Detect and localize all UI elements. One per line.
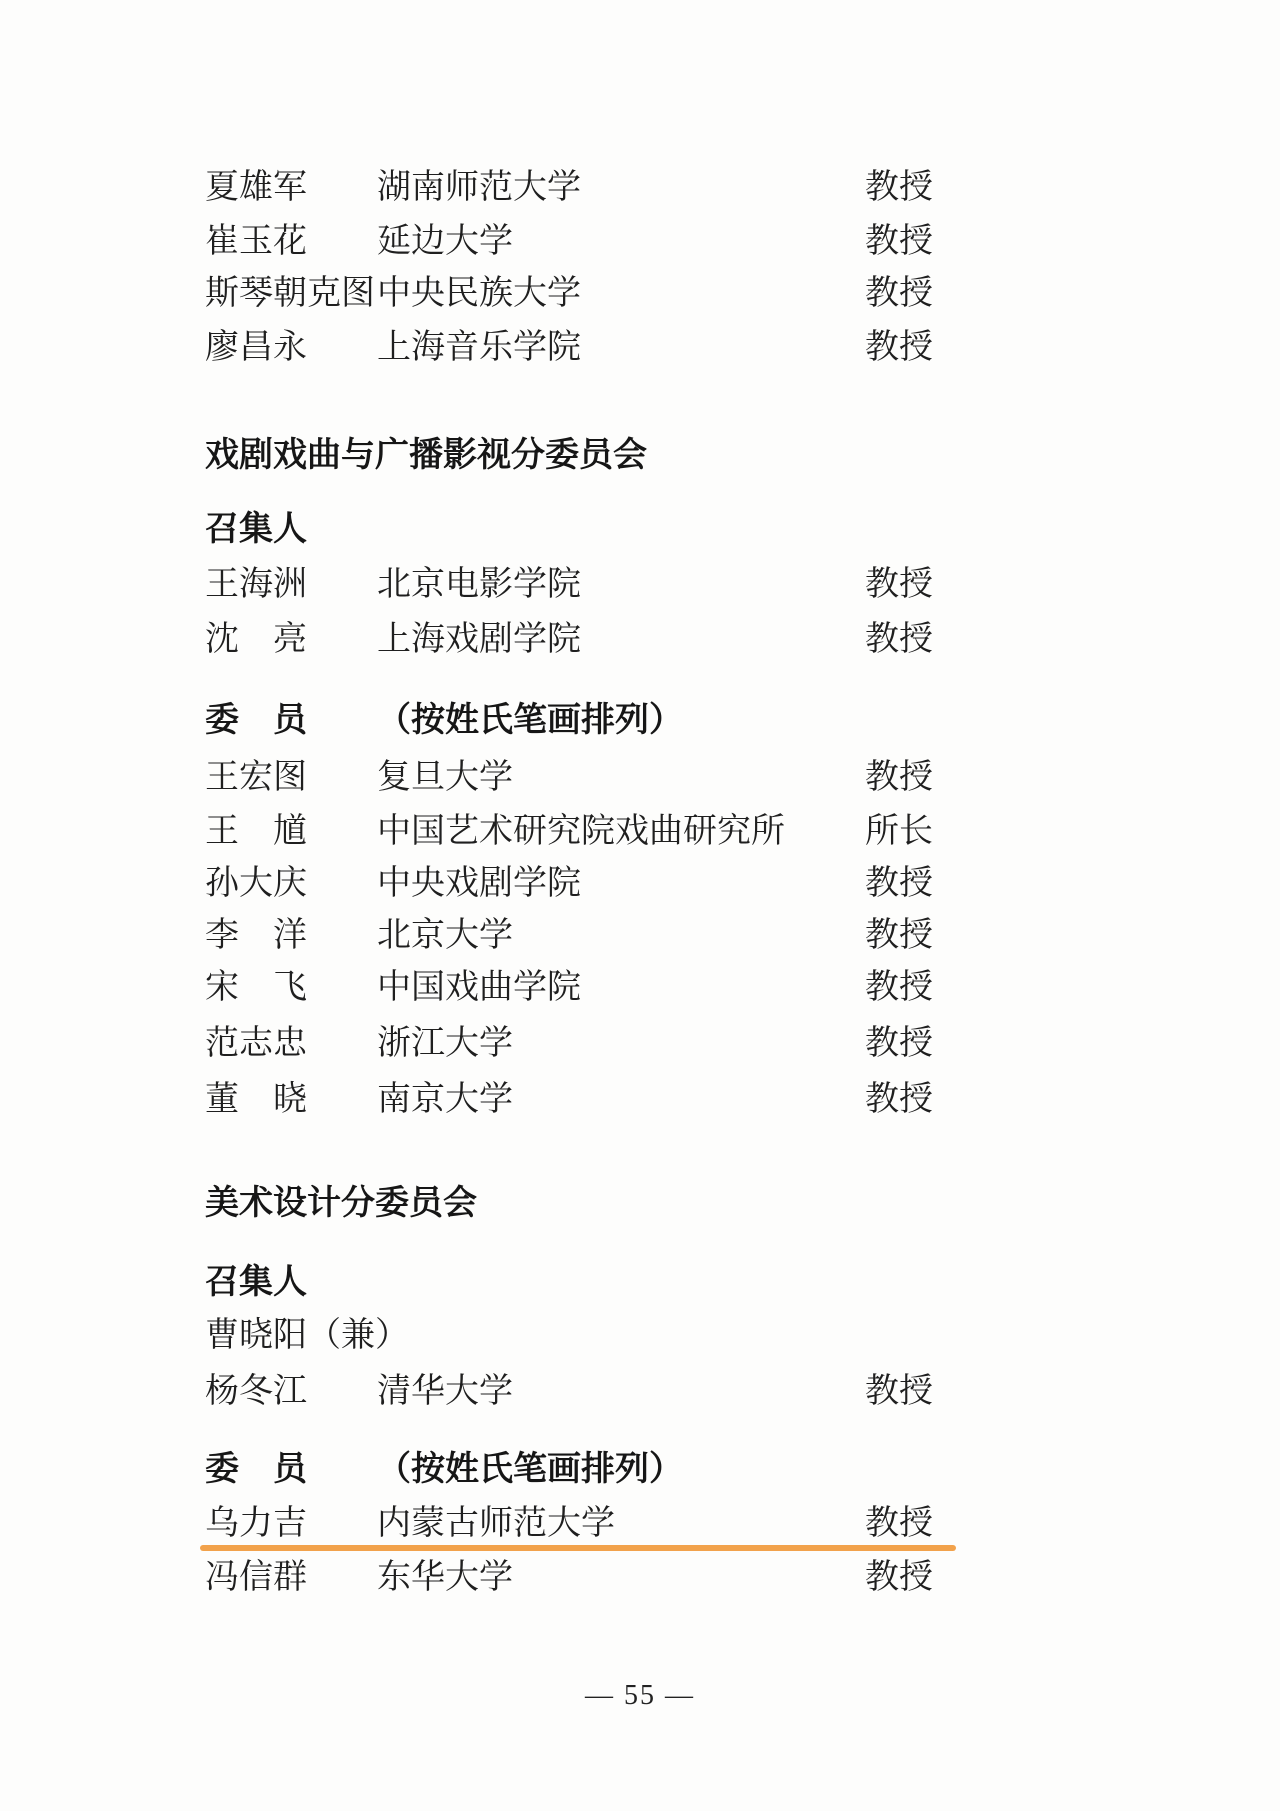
member-title: 教授: [865, 168, 933, 208]
member-name: 杨冬江: [205, 1372, 307, 1412]
member-row: 李 洋 北京大学 教授: [0, 916, 1280, 956]
member-name: 董 晓: [205, 1080, 307, 1120]
member-row: 冯信群 东华大学 教授: [0, 1558, 1280, 1598]
member-title: 教授: [865, 565, 933, 605]
member-title: 教授: [865, 1080, 933, 1120]
member-name: 沈 亮: [205, 620, 307, 660]
section-title-text: 戏剧戏曲与广播影视分委员会: [205, 436, 647, 476]
member-row: 夏雄军 湖南师范大学 教授: [0, 168, 1280, 208]
member-title: 教授: [865, 1024, 933, 1064]
member-name: 崔玉花: [205, 222, 307, 262]
member-name: 王海洲: [205, 565, 307, 605]
member-title: 教授: [865, 1372, 933, 1412]
convener-label: 召集人: [0, 510, 1280, 550]
members-label-text: 委 员: [205, 1450, 307, 1490]
member-name: 廖昌永: [205, 328, 307, 368]
members-label: 委 员 （按姓氏笔画排列）: [0, 1450, 1280, 1490]
member-row: 斯琴朝克图 中央民族大学 教授: [0, 274, 1280, 314]
member-organization: 上海戏剧学院: [377, 620, 581, 660]
members-label-note: （按姓氏笔画排列）: [377, 1450, 683, 1490]
member-row: 廖昌永 上海音乐学院 教授: [0, 328, 1280, 368]
member-row: 孙大庆 中央戏剧学院 教授: [0, 864, 1280, 904]
member-row-highlighted: 乌力吉 内蒙古师范大学 教授: [0, 1504, 1280, 1544]
member-title: 教授: [865, 274, 933, 314]
page-number: — 55 —: [0, 1676, 1280, 1716]
member-title: 教授: [865, 328, 933, 368]
section-title: 戏剧戏曲与广播影视分委员会: [0, 436, 1280, 476]
member-organization: 中央民族大学: [377, 274, 581, 314]
member-name: 曹晓阳（兼）: [205, 1316, 409, 1356]
member-organization: 延边大学: [377, 222, 513, 262]
member-organization: 北京电影学院: [377, 565, 581, 605]
member-row: 曹晓阳（兼）: [0, 1316, 1280, 1356]
member-organization: 东华大学: [377, 1558, 513, 1598]
orange-highlight-underline: [200, 1545, 956, 1551]
member-title: 教授: [865, 620, 933, 660]
convener-label-text: 召集人: [205, 510, 307, 550]
member-organization: 浙江大学: [377, 1024, 513, 1064]
member-row: 杨冬江 清华大学 教授: [0, 1372, 1280, 1412]
member-row: 沈 亮 上海戏剧学院 教授: [0, 620, 1280, 660]
member-name: 范志忠: [205, 1024, 307, 1064]
member-organization: 清华大学: [377, 1372, 513, 1412]
member-row: 范志忠 浙江大学 教授: [0, 1024, 1280, 1064]
member-title: 教授: [865, 758, 933, 798]
member-organization: 复旦大学: [377, 758, 513, 798]
member-organization: 中国戏曲学院: [377, 968, 581, 1008]
members-label-note: （按姓氏笔画排列）: [377, 701, 683, 741]
member-title: 教授: [865, 1504, 933, 1544]
member-name: 李 洋: [205, 916, 307, 956]
member-name: 宋 飞: [205, 968, 307, 1008]
member-organization: 北京大学: [377, 916, 513, 956]
member-title: 教授: [865, 968, 933, 1008]
member-name: 夏雄军: [205, 168, 307, 208]
document-page: 夏雄军 湖南师范大学 教授 崔玉花 延边大学 教授 斯琴朝克图 中央民族大学 教…: [0, 0, 1280, 1811]
member-name: 冯信群: [205, 1558, 307, 1598]
member-row: 王海洲 北京电影学院 教授: [0, 565, 1280, 605]
member-row: 宋 飞 中国戏曲学院 教授: [0, 968, 1280, 1008]
member-title: 教授: [865, 916, 933, 956]
members-label: 委 员 （按姓氏笔画排列）: [0, 701, 1280, 741]
member-organization: 内蒙古师范大学: [377, 1504, 615, 1544]
member-title: 所长: [865, 812, 933, 852]
member-organization: 湖南师范大学: [377, 168, 581, 208]
member-title: 教授: [865, 864, 933, 904]
member-row: 董 晓 南京大学 教授: [0, 1080, 1280, 1120]
member-title: 教授: [865, 222, 933, 262]
member-row: 崔玉花 延边大学 教授: [0, 222, 1280, 262]
member-row: 王宏图 复旦大学 教授: [0, 758, 1280, 798]
member-name: 王宏图: [205, 758, 307, 798]
members-label-text: 委 员: [205, 701, 307, 741]
member-name: 孙大庆: [205, 864, 307, 904]
section-title: 美术设计分委员会: [0, 1184, 1280, 1224]
member-name: 王 馗: [205, 812, 307, 852]
member-organization: 上海音乐学院: [377, 328, 581, 368]
member-name: 乌力吉: [205, 1504, 307, 1544]
member-organization: 中央戏剧学院: [377, 864, 581, 904]
member-organization: 中国艺术研究院戏曲研究所: [377, 812, 785, 852]
member-name: 斯琴朝克图: [205, 274, 375, 314]
convener-label: 召集人: [0, 1263, 1280, 1303]
member-row: 王 馗 中国艺术研究院戏曲研究所 所长: [0, 812, 1280, 852]
member-title: 教授: [865, 1558, 933, 1598]
convener-label-text: 召集人: [205, 1263, 307, 1303]
member-organization: 南京大学: [377, 1080, 513, 1120]
section-title-text: 美术设计分委员会: [205, 1184, 477, 1224]
